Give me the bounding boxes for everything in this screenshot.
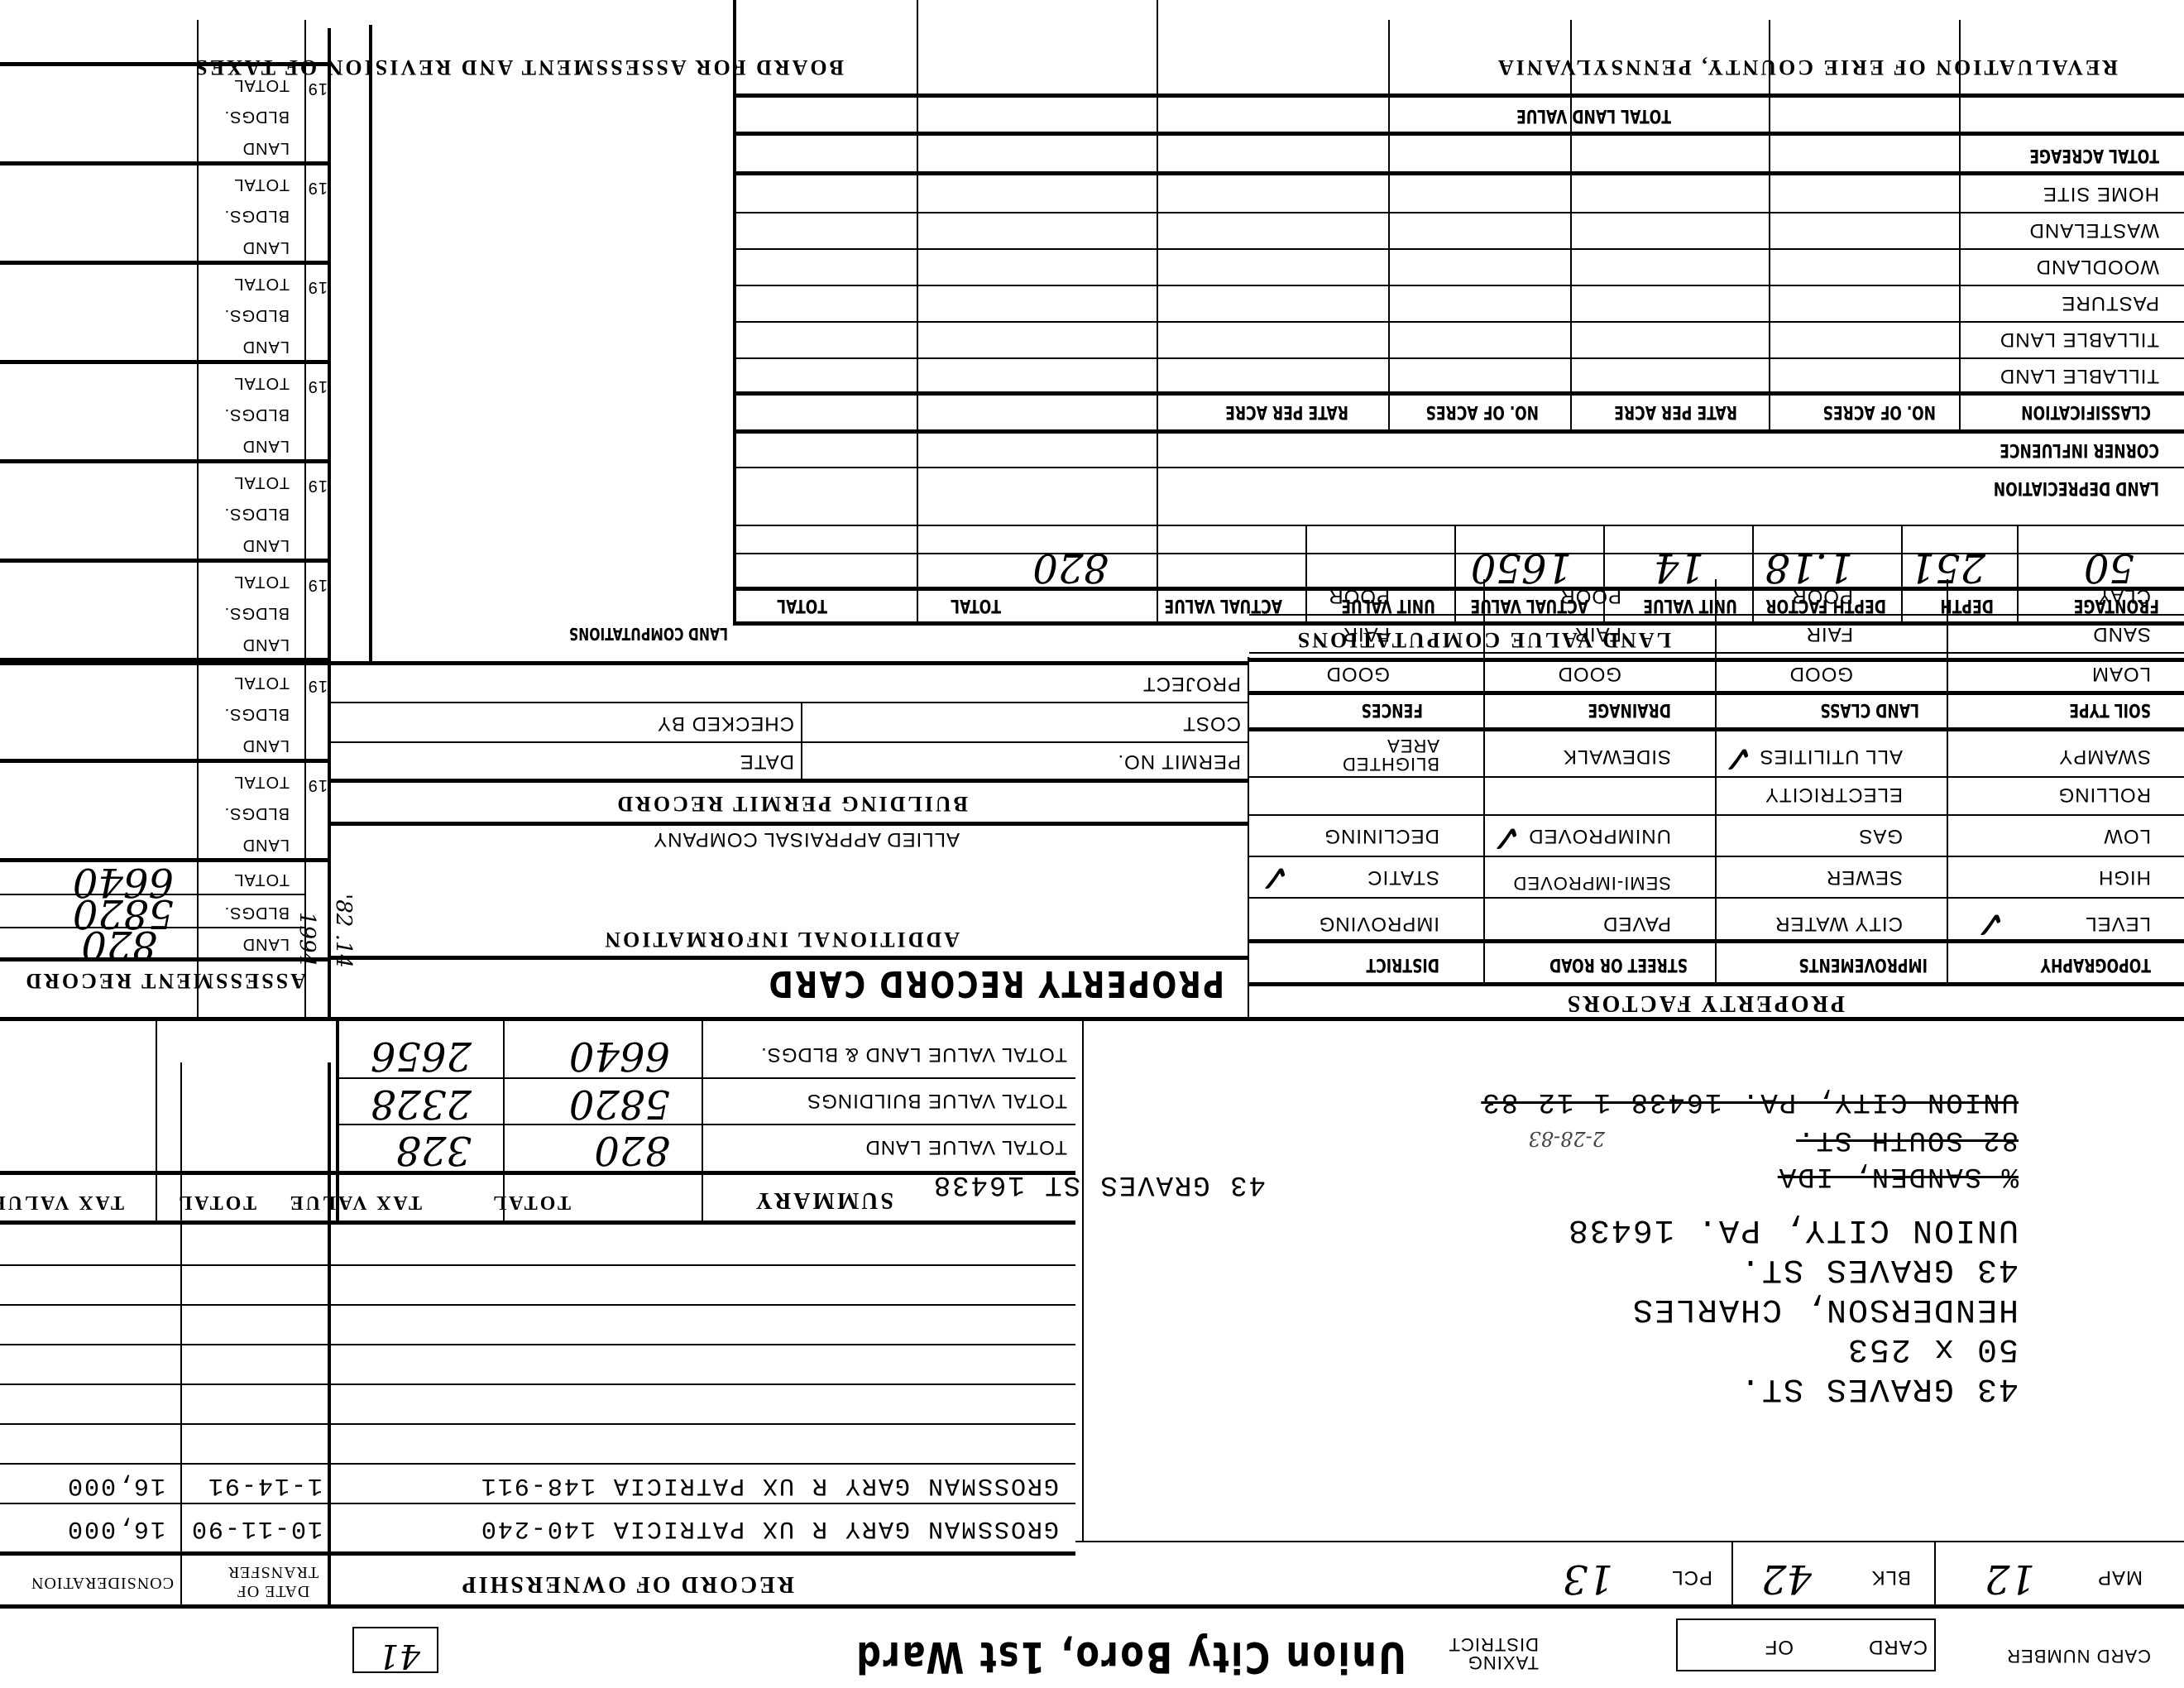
acreage-row-label: WOODLAND — [2036, 255, 2159, 278]
row-divider — [1249, 856, 2184, 857]
pf-declining[interactable]: DECLINING — [1324, 824, 1439, 847]
row-divider — [736, 212, 2184, 213]
assessment-label-bldgs: BLDGS. — [224, 405, 290, 424]
divider — [331, 779, 1249, 783]
pf-city-water[interactable]: CITY WATER — [1774, 912, 1903, 935]
property-record-card: CARD NUMBER CARD OF TAXING DISTRICT Unio… — [0, 0, 2184, 1688]
divider — [336, 1018, 339, 1225]
struck-owner-line: % SANDEN, IDA — [1778, 1160, 2019, 1192]
acreage-header: NO. OF ACRES — [1425, 401, 1539, 422]
divider — [1454, 526, 1456, 626]
row-divider — [331, 741, 1249, 743]
struck-owner-line: 82 SOUTH ST. — [1796, 1124, 2019, 1155]
divider — [331, 956, 1249, 960]
pf-gas[interactable]: GAS — [1858, 824, 1903, 847]
row-divider — [1249, 652, 2184, 654]
divider — [1570, 20, 1572, 434]
check-icon: ✓ — [1974, 902, 2006, 947]
lv-header: TOTAL — [951, 595, 1001, 616]
summary-total-land-bldgs[interactable]: 6640 — [569, 1033, 670, 1079]
pf-header: DRAINAGE — [1588, 699, 1671, 720]
year-prefix: 19 — [308, 676, 328, 695]
lv-header: FRONTAGE — [2074, 595, 2159, 616]
checked-by-label: CHECKED BY — [657, 712, 794, 735]
pf-blighted-area[interactable]: BLIGHTED AREA — [1291, 736, 1439, 773]
divider — [0, 1171, 1075, 1175]
row-divider — [0, 1383, 1075, 1385]
pf-sidewalk[interactable]: SIDEWALK — [1563, 745, 1671, 768]
lv-depth-factor[interactable]: 1.18 — [1765, 544, 1853, 591]
divider — [0, 1220, 1075, 1225]
permit-no-label: PERMIT NO. — [1117, 750, 1241, 773]
pf-high[interactable]: HIGH — [2098, 866, 2151, 889]
taxing-district-value: Union City Boro, 1st Ward — [855, 1632, 1406, 1681]
divider — [2017, 526, 2019, 626]
assessment-total-value[interactable]: 6640 — [73, 859, 174, 905]
assessment-label-bldgs: BLDGS. — [224, 704, 290, 723]
check-icon: ✓ — [1490, 816, 1522, 861]
summary-total-land[interactable]: 820 — [594, 1127, 670, 1173]
pf-electricity[interactable]: ELECTRICITY — [1765, 783, 1903, 806]
summary-col-tax-value: TAX VALUE — [288, 1191, 422, 1213]
divider — [1082, 1021, 1084, 1542]
check-icon: ✓ — [1722, 736, 1754, 781]
of-label: OF — [1765, 1635, 1794, 1658]
assessment-label-bldgs: BLDGS. — [224, 107, 290, 126]
pf-all-utilities[interactable]: ALL UTILITIES — [1760, 745, 1904, 768]
acreage-header: RATE PER ACRE — [1225, 401, 1348, 422]
assessment-label-total: TOTAL — [233, 673, 290, 692]
pcl-label: PCL — [1671, 1566, 1712, 1589]
divider — [0, 957, 331, 961]
summary-tax-buildings[interactable]: 2328 — [371, 1081, 472, 1127]
revaluation-title: REVALUATION OF ERIE COUNTY, PENNSYLVANIA — [1496, 55, 2118, 79]
row-divider — [0, 1344, 1075, 1345]
taxing-district-label: TAXING DISTRICT — [1439, 1635, 1539, 1671]
divider — [1249, 658, 2184, 662]
acreage-row-label: TILLABLE LAND — [2000, 328, 2159, 351]
summary-tax-land[interactable]: 328 — [395, 1127, 472, 1173]
divider — [1769, 20, 1770, 434]
assessment-label-land: LAND — [242, 934, 290, 953]
pcl-value[interactable]: 13 — [1563, 1556, 1613, 1602]
page-box: 41 — [352, 1627, 438, 1673]
divider — [328, 1062, 331, 1609]
divider — [0, 1551, 1075, 1556]
land-depreciation-label: LAND DEPRECIATION — [1994, 477, 2159, 498]
acreage-header: RATE PER ACRE — [1614, 401, 1737, 422]
assessment-label-total: TOTAL — [233, 870, 290, 889]
lv-header: TOTAL — [777, 595, 827, 616]
card-title: PROPERTY RECORD CARD — [767, 962, 1224, 1005]
row-divider — [736, 357, 2184, 359]
total-land-value-label: TOTAL LAND VALUE — [1516, 105, 1671, 126]
divider — [1075, 1541, 2184, 1542]
land-value-computations-title: LAND VALUE COMPUTATIONS — [1296, 627, 1671, 652]
ownership-owner: GROSSMAN GARY R UX PATRICIA 140-240 — [480, 1514, 1059, 1542]
year-prefix: 19 — [308, 476, 328, 495]
row-divider — [736, 285, 2184, 286]
year-prefix: 19 — [308, 575, 328, 594]
row-divider — [0, 1463, 1075, 1465]
lv-total[interactable]: 820 — [1032, 544, 1109, 591]
acreage-row-label: TILLABLE LAND — [2000, 364, 2159, 387]
land-class-fair[interactable]: FAIR — [1806, 622, 1853, 645]
lv-header: ACTUAL VALUE — [1470, 595, 1588, 616]
assessment-label-land: LAND — [242, 635, 290, 654]
summary-label: TOTAL VALUE BUILDINGS — [807, 1089, 1067, 1112]
assessment-label-total: TOTAL — [233, 373, 290, 392]
assessment-label-land: LAND — [242, 436, 290, 455]
divider — [736, 171, 2184, 175]
divider — [736, 391, 2184, 396]
board-title: BOARD FOR ASSESSMENT AND REVISION OF TAX… — [193, 55, 844, 79]
map-value[interactable]: 12 — [1985, 1556, 2035, 1602]
assessment-label-land: LAND — [242, 535, 290, 554]
check-icon: ✓ — [1258, 856, 1291, 900]
lv-header: DEPTH — [1940, 595, 1994, 616]
card-number-label: CARD NUMBER — [2006, 1645, 2151, 1666]
owner-line: 43 GRAVES ST. — [1739, 1369, 2019, 1407]
row-divider — [1249, 776, 2184, 778]
acreage-row-label: TOTAL ACREAGE — [2029, 145, 2159, 165]
lv-header: UNIT VALUE — [1643, 595, 1737, 616]
pf-header: IMPROVEMENTS — [1798, 954, 1928, 975]
struck-owner-line: UNION CITY, PA. 16438 1-12-83 — [1481, 1086, 2019, 1117]
divider — [736, 621, 2184, 626]
assessment-label-bldgs: BLDGS. — [224, 903, 290, 922]
pf-low[interactable]: LOW — [2103, 824, 2151, 847]
assessment-label-bldgs: BLDGS. — [224, 603, 290, 622]
ownership-date: 10-11-90 — [190, 1514, 323, 1542]
pf-header: STREET OR ROAD — [1549, 954, 1688, 975]
pf-swampy[interactable]: SWAMPY — [2058, 745, 2151, 768]
divider — [0, 858, 331, 862]
divider — [156, 1018, 157, 1225]
card-label: CARD — [1868, 1635, 1928, 1658]
year-prefix: 19 — [308, 376, 328, 396]
additional-info-title: ADDITIONAL INFORMATION — [602, 927, 960, 952]
pf-improving[interactable]: IMPROVING — [1319, 912, 1439, 935]
ownership-owner: GROSSMAN GARY R UX PATRICIA 148-911 — [480, 1471, 1059, 1499]
blk-value[interactable]: 42 — [1761, 1556, 1812, 1602]
divider — [1731, 1542, 1733, 1609]
pf-level[interactable]: LEVEL — [2085, 912, 2151, 935]
ownership-consideration: 16,000 — [66, 1514, 165, 1542]
summary-col-total-2: TOTAL — [176, 1191, 256, 1213]
assessment-label-bldgs: BLDGS. — [224, 206, 290, 225]
divider — [1249, 691, 2184, 695]
summary-total-buildings[interactable]: 5820 — [569, 1081, 670, 1127]
divider — [503, 1018, 505, 1225]
pf-header: SOIL TYPE — [2069, 699, 2151, 720]
col-date-of-transfer: DATE OF TRANSFER — [215, 1562, 331, 1600]
divider — [1901, 526, 1903, 626]
assessment-label-bldgs: BLDGS. — [224, 305, 290, 324]
summary-tax-land-bldgs[interactable]: 2656 — [371, 1033, 472, 1079]
divider — [304, 20, 306, 1021]
assessment-label-land: LAND — [242, 736, 290, 755]
lv-actual-value[interactable]: 1650 — [1471, 544, 1572, 591]
page-box-value: 41 — [378, 1637, 420, 1675]
pf-sewer[interactable]: SEWER — [1826, 866, 1903, 889]
ownership-date: 1-14-91 — [207, 1471, 323, 1499]
corner-influence-label: CORNER INFLUENCE — [2000, 439, 2159, 460]
pf-static[interactable]: STATIC — [1367, 866, 1439, 889]
owner-line: UNION CITY, PA. 16438 — [1567, 1211, 2019, 1248]
row-divider — [0, 1423, 1075, 1425]
assessment-label-bldgs: BLDGS. — [224, 504, 290, 523]
divider — [0, 559, 331, 563]
divider — [0, 161, 331, 165]
divider — [0, 261, 331, 265]
divider — [369, 25, 372, 662]
assessment-label-total: TOTAL — [233, 572, 290, 591]
divider — [0, 759, 331, 763]
divider — [180, 1062, 182, 1609]
drainage-good[interactable]: GOOD — [1558, 662, 1621, 685]
divider — [0, 459, 331, 463]
pf-header: TOPOGRAPHY — [2041, 954, 2151, 975]
year-prefix: 19 — [308, 775, 328, 794]
building-permit-title: BUILDING PERMIT RECORD — [615, 791, 968, 816]
lv-header: UNIT VALUE — [1341, 595, 1435, 616]
land-computations-title: LAND COMPUTATIONS — [569, 624, 728, 644]
col-consideration: CONSIDERATION — [31, 1573, 174, 1592]
allied-appraisal: ALLIED APPRAISAL COMPANY — [653, 827, 960, 851]
assessment-notes: '82 .14 — [331, 894, 356, 968]
cost-label: COST — [1182, 712, 1241, 735]
divider — [0, 658, 331, 662]
land-class-good[interactable]: GOOD — [1789, 662, 1853, 685]
soil-loam[interactable]: LOAM — [2091, 662, 2151, 685]
handwritten-note: 2-28-83 — [1528, 1127, 1605, 1150]
owner-line: 43 GRAVES ST. — [1739, 1250, 2019, 1288]
row-divider — [331, 702, 1249, 703]
property-factors-title: PROPERTY FACTORS — [1565, 990, 1845, 1016]
lv-header: ACTUAL VALUE — [1164, 595, 1282, 616]
assessment-label-total: TOTAL — [233, 75, 290, 94]
divider — [801, 703, 802, 783]
divider — [1959, 20, 1961, 434]
acreage-header: NO. OF ACRES — [1822, 401, 1936, 422]
row-divider — [736, 467, 2184, 468]
divider — [1388, 20, 1390, 434]
assessment-label-total: TOTAL — [233, 772, 290, 791]
divider — [1249, 982, 2184, 986]
pf-header: FENCES — [1362, 699, 1423, 720]
map-label: MAP — [2097, 1566, 2143, 1589]
divider — [331, 822, 1249, 826]
pf-paved[interactable]: PAVED — [1602, 912, 1671, 935]
divider — [0, 62, 331, 66]
divider — [1603, 526, 1605, 626]
row-divider — [736, 553, 2184, 554]
pf-semi-improved[interactable]: SEMI-IMPROVED — [1513, 872, 1671, 894]
assessment-year[interactable]: 1994 — [295, 912, 319, 966]
row-divider — [0, 1304, 1075, 1306]
row-divider — [0, 1264, 1075, 1266]
owner-line: HENDERSON, CHARLES — [1631, 1290, 2019, 1327]
year-prefix: 19 — [308, 178, 328, 197]
card-of-box: CARD OF — [1676, 1618, 1936, 1671]
acreage-row-label: WASTELAND — [2029, 218, 2159, 242]
owner-line: 50 x 253 — [1846, 1330, 2019, 1367]
divider — [1752, 526, 1754, 626]
assessment-label-land: LAND — [242, 337, 290, 356]
assessment-label-total: TOTAL — [233, 175, 290, 194]
divider — [736, 132, 2184, 136]
assessment-record-title: ASSESSMENT RECORD — [23, 968, 306, 993]
row-divider — [736, 321, 2184, 323]
row-divider — [736, 525, 2184, 526]
assessment-label-bldgs: BLDGS. — [224, 803, 290, 822]
row-divider — [0, 1503, 1075, 1504]
lv-header: DEPTH FACTOR — [1765, 595, 1886, 616]
acreage-row-label: PASTURE — [2061, 291, 2159, 314]
assessment-label-total: TOTAL — [233, 274, 290, 293]
pf-header: DISTRICT — [1366, 954, 1439, 975]
pf-rolling[interactable]: ROLLING — [2058, 783, 2151, 806]
lv-frontage[interactable]: 50 — [2084, 544, 2134, 591]
ownership-title: RECORD OF OWNERSHIP — [460, 1571, 794, 1597]
acreage-row-label: HOME SITE — [2043, 182, 2159, 205]
divider — [1483, 664, 1485, 986]
divider — [1947, 664, 1948, 986]
divider — [1715, 664, 1717, 986]
divider — [702, 1018, 703, 1225]
acreage-header: CLASSIFICATION — [2021, 401, 2151, 422]
divider — [1249, 727, 2184, 731]
ownership-consideration: 16,000 — [66, 1471, 165, 1499]
divider — [736, 94, 2184, 98]
year-prefix: 19 — [308, 277, 328, 296]
divider — [197, 20, 199, 1021]
soil-sand[interactable]: SAND — [2092, 622, 2151, 645]
summary-col-tax-value-2: TAX VALUE — [0, 1191, 124, 1213]
assessment-label-land: LAND — [242, 835, 290, 854]
row-divider — [1249, 814, 2184, 816]
divider — [1248, 657, 1249, 1021]
assessment-label-total: TOTAL — [233, 472, 290, 492]
pf-header: LAND CLASS — [1820, 699, 1919, 720]
pf-unimproved[interactable]: UNIMPROVED — [1528, 824, 1671, 847]
divider — [1249, 939, 2184, 943]
blk-label: BLK — [1871, 1566, 1911, 1589]
divider — [1074, 1608, 1075, 1609]
divider — [1934, 1542, 1936, 1609]
permit-date-label: DATE — [740, 750, 794, 773]
row-divider — [1249, 897, 2184, 899]
lv-depth[interactable]: 251 — [1909, 544, 1985, 591]
lv-unit-value[interactable]: 14 — [1654, 544, 1704, 591]
divider — [736, 429, 2184, 434]
divider — [1305, 526, 1307, 626]
assessment-label-land: LAND — [242, 237, 290, 257]
fences-good[interactable]: GOOD — [1326, 662, 1390, 685]
summary-label: TOTAL VALUE LAND & BLDGS. — [760, 1043, 1067, 1066]
summary-title: SUMMARY — [754, 1187, 893, 1213]
summary-label: TOTAL VALUE LAND — [864, 1135, 1067, 1158]
year-prefix: 19 — [308, 79, 328, 98]
divider — [0, 360, 331, 364]
divider — [328, 28, 331, 1021]
assessment-label-land: LAND — [242, 138, 290, 157]
project-label: PROJECT — [1142, 672, 1241, 695]
row-divider — [736, 248, 2184, 250]
